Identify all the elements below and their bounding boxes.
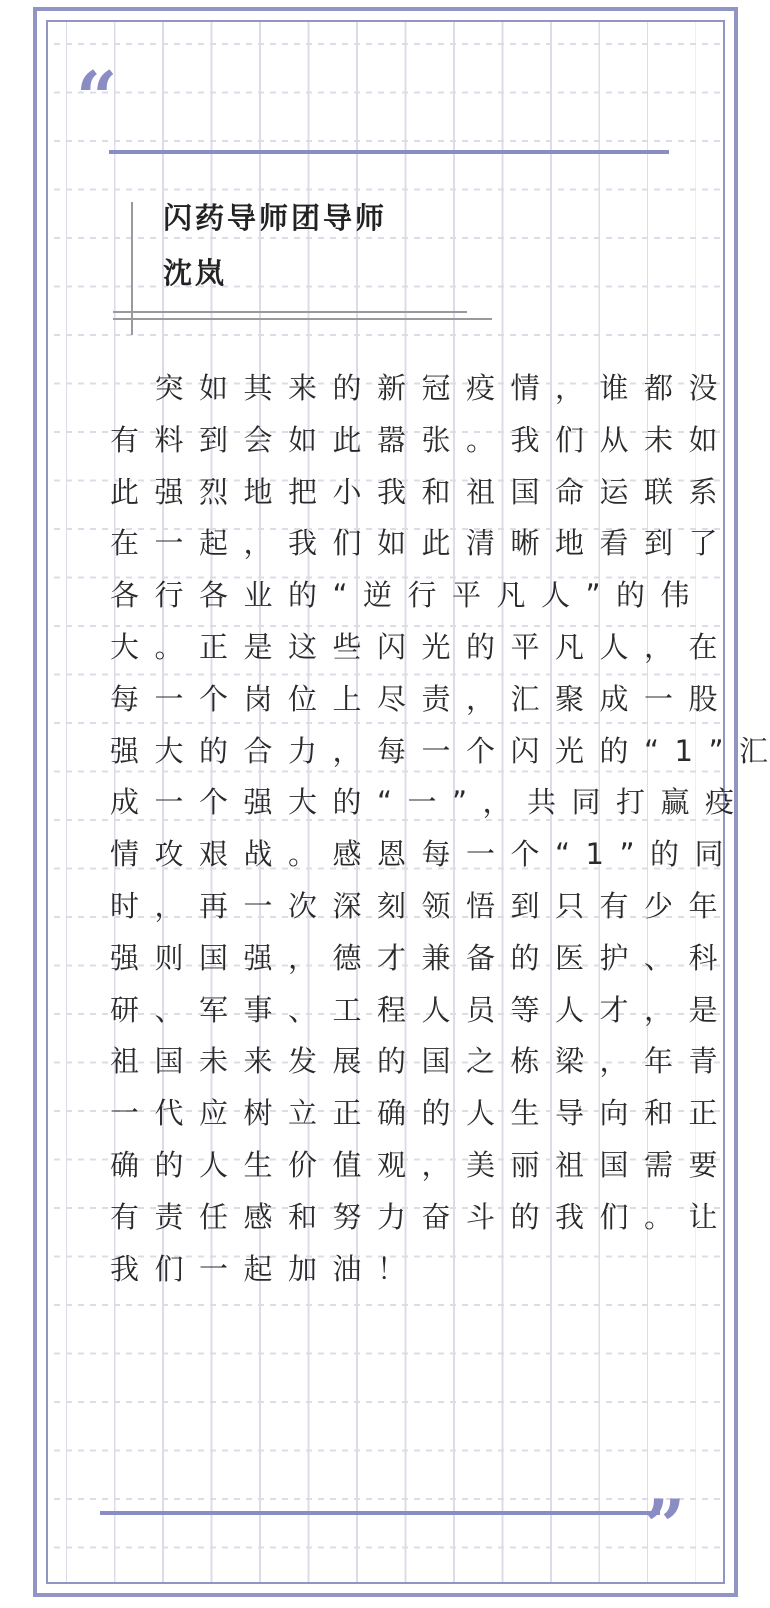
body-line: 有责任感和努力奋斗的我们。让 [110,1192,658,1244]
author-role: 闪药导师团导师 [163,198,387,238]
body-line: 情攻艰战。感恩每一个“1”的同 [110,829,658,881]
body-line: 一代应树立正确的人生导向和正 [110,1088,658,1140]
article-body: 突如其来的新冠疫情，谁都没 有料到会如此嚣张。我们从未如 此强烈地把小我和祖国命… [110,363,658,1295]
body-line: 在一起，我们如此清晰地看到了 [110,518,658,570]
body-line: 我们一起加油！ [110,1244,658,1296]
top-divider [109,150,669,154]
header-rule-1 [113,311,467,313]
body-line: 各行各业的“逆行平凡人”的伟 [110,570,658,622]
body-line: 强则国强，德才兼备的医护、科 [110,933,658,985]
body-line: 成一个强大的“一”，共同打赢疫 [110,777,658,829]
open-quote-icon: “ [76,62,117,134]
body-line: 确的人生价值观，美丽祖国需要 [110,1140,658,1192]
bottom-divider [100,1511,660,1515]
body-line: 此强烈地把小我和祖国命运联系 [110,467,658,519]
body-line: 研、军事、工程人员等人才，是 [110,985,658,1037]
header-vertical-rule [131,202,133,335]
body-line: 祖国未来发展的国之栋梁，年青 [110,1036,658,1088]
author-name: 沈岚 [163,253,227,293]
body-line: 强大的合力，每一个闪光的“1”汇 [110,726,658,778]
body-line: 突如其来的新冠疫情，谁都没 [110,363,658,415]
body-line: 有料到会如此嚣张。我们从未如 [110,415,658,467]
body-line: 大。正是这些闪光的平凡人，在 [110,622,658,674]
close-quote-icon: ” [644,1490,685,1562]
header-rule-2 [113,318,492,320]
body-line: 每一个岗位上尽责，汇聚成一股 [110,674,658,726]
body-line: 时，再一次深刻领悟到只有少年 [110,881,658,933]
